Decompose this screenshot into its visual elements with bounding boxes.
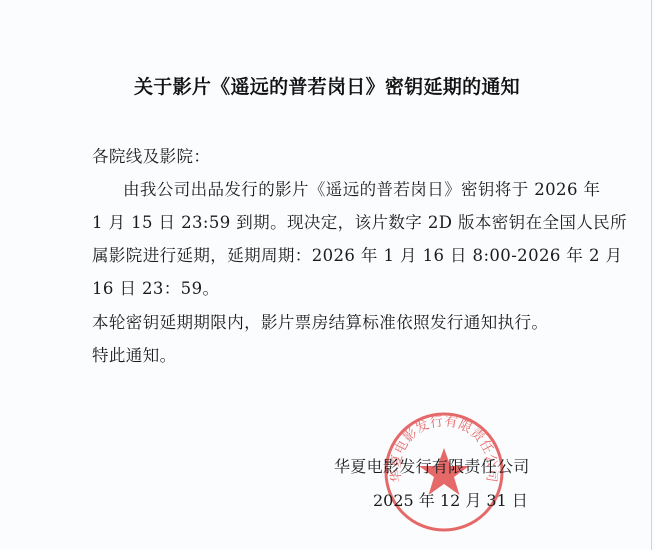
body-line-4: 16 日 23：59。 — [92, 275, 219, 299]
signature-date: 2025 年 12 月 31 日 — [373, 488, 528, 511]
signature-company: 华夏电影发行有限责任公司 — [334, 454, 530, 477]
notice-document: 关于影片《遥远的普若岗日》密钥延期的通知 各院线及影院： 由我公司出品发行的影片… — [0, 0, 654, 550]
closing: 特此通知。 — [92, 342, 177, 366]
body-line-3: 属影院进行延期，延期周期：2026 年 1 月 16 日 8:00-2026 年… — [92, 242, 622, 266]
document-title: 关于影片《遥远的普若岗日》密钥延期的通知 — [0, 72, 654, 99]
salutation: 各院线及影院： — [92, 143, 210, 167]
paragraph-2: 本轮密钥延期期限内，影片票房结算标准依照发行通知执行。 — [92, 309, 548, 333]
body-line-2: 1 月 15 日 23:59 到期。现决定，该片数字 2D 版本密钥在全国人民所 — [92, 209, 627, 233]
body-line-1: 由我公司出品发行的影片《遥远的普若岗日》密钥将于 2026 年 — [123, 176, 600, 200]
